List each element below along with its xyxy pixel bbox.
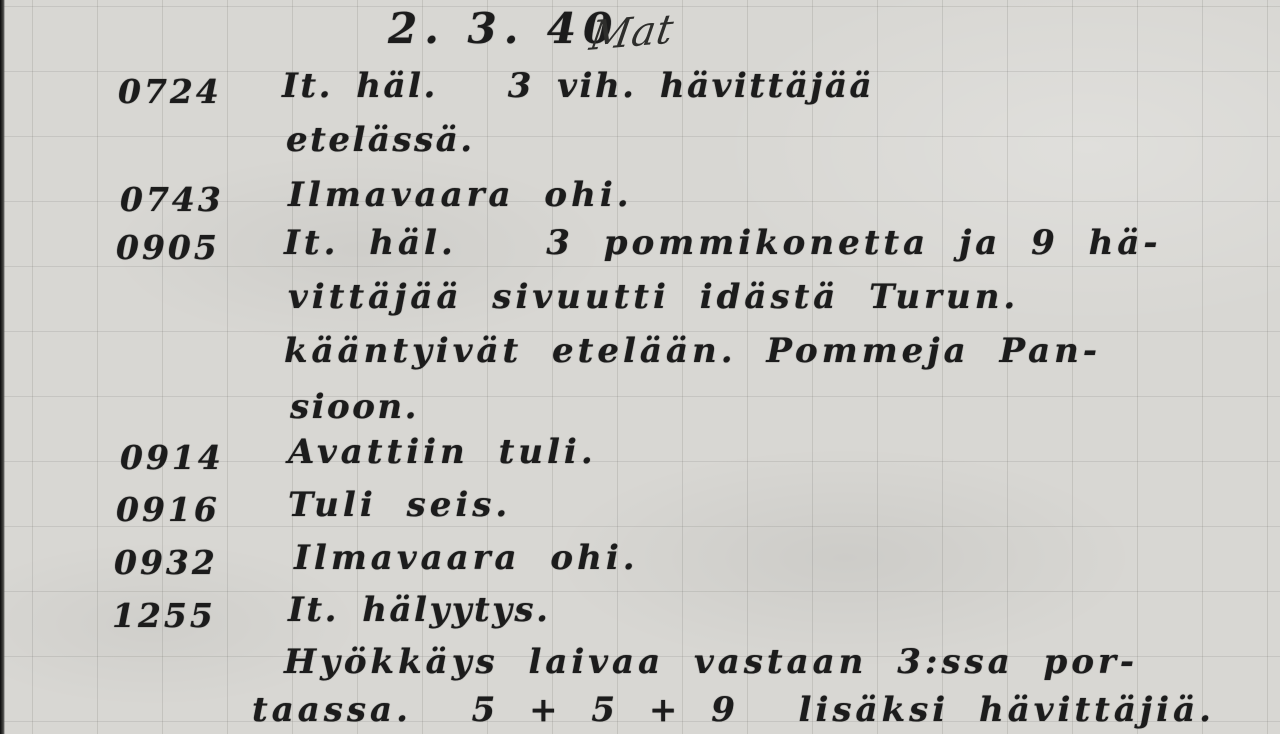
- entry-text-line: vittäjää sivuutti idästä Turun.: [288, 277, 1019, 317]
- entry-text-line: Hyökkäys laivaa vastaan 3:ssa por-: [284, 642, 1138, 682]
- entry-time: 1255: [112, 596, 216, 635]
- entry-time: 0916: [116, 490, 220, 529]
- date-heading: 2. 3. 40: [388, 4, 619, 53]
- entry-text-line: sioon.: [290, 387, 419, 427]
- entry-text-line: Avattiin tuli.: [288, 432, 597, 472]
- scan-left-edge: [0, 0, 5, 734]
- entry-text-line: kääntyivät etelään. Pommeja Pan-: [284, 331, 1101, 371]
- signature-mark: Mat: [586, 6, 677, 60]
- entry-text-line: It. häl. 3 vih. hävittäjää: [282, 66, 874, 106]
- entry-time: 0914: [120, 438, 224, 477]
- entry-text-line: Ilmavaara ohi.: [294, 538, 639, 578]
- entry-time: 0905: [116, 228, 220, 267]
- entry-text-line: It. häl. 3 pommikonetta ja 9 hä-: [284, 223, 1162, 263]
- entry-text-line: taassa. 5 + 5 + 9 lisäksi hävittäjiä.: [252, 690, 1215, 730]
- entry-text-line: Ilmavaara ohi.: [288, 175, 633, 215]
- entry-text-line: It. hälyytys.: [288, 590, 550, 630]
- entry-time: 0932: [114, 543, 218, 582]
- scanned-logbook-page: 2. 3. 40 Mat 0724 It. häl. 3 vih. hävitt…: [0, 0, 1280, 734]
- entry-text-line: etelässä.: [286, 120, 475, 160]
- entry-time: 0724: [118, 72, 222, 111]
- entry-time: 0743: [120, 180, 224, 219]
- entry-text-line: Tuli seis.: [288, 485, 511, 525]
